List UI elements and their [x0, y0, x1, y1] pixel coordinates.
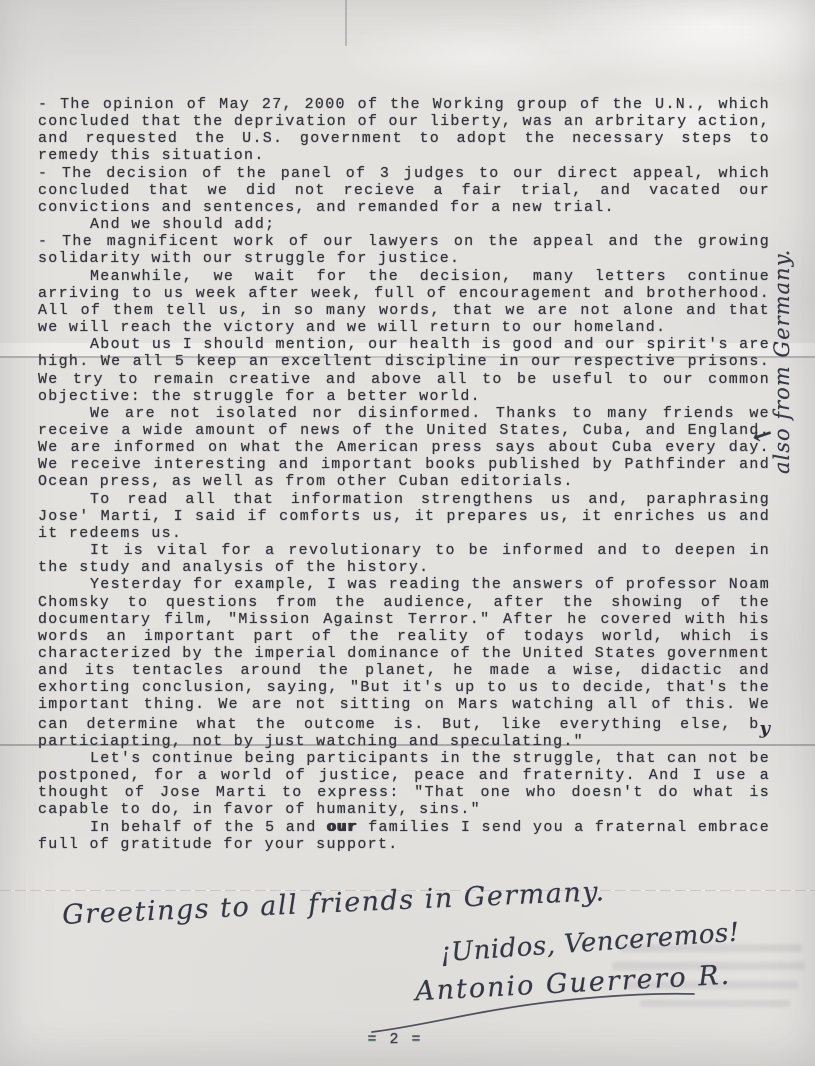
page-number: = 2 =: [0, 1031, 790, 1048]
paragraph-chomsky: Yesterday for example, I was reading the…: [38, 576, 770, 750]
scanned-letter-page: - The opinion of May 27, 2000 of the Wor…: [0, 0, 815, 1066]
paragraph-meanwhile: Meanwhile, we wait for the decision, man…: [38, 268, 770, 337]
paragraph-we-should-add: And we should add;: [38, 216, 770, 233]
handwritten-greeting: Greetings to all friends in Germany.: [62, 876, 607, 931]
paragraph-text: In behalf of the 5 and: [90, 819, 327, 836]
paragraph-marti-quote: Let's continue being participants in the…: [38, 750, 770, 819]
paragraph-not-isolated: We are not isolated nor disinformed. Tha…: [38, 405, 770, 491]
paragraph-to-read: To read all that information strengthens…: [38, 491, 770, 542]
paragraph-text: Yesterday for example, I was reading the…: [38, 576, 770, 732]
overtyped-word: our: [327, 819, 358, 836]
paragraph-about-us: About us I should mention, our health is…: [38, 336, 770, 405]
paragraph-panel-decision: - The decision of the panel of 3 judges …: [38, 165, 770, 216]
handwritten-correction-y: y: [760, 718, 770, 739]
paragraph-text: particiapting, not by just watching and …: [38, 733, 584, 750]
paragraph-closing: In behalf of the 5 and our families I se…: [38, 819, 770, 853]
signature-flourish-stroke: [368, 990, 698, 1035]
crease-line: [345, 0, 347, 46]
paragraph-vital: It is vital for a revolutionary to be in…: [38, 542, 770, 576]
paragraph-un-opinion: - The opinion of May 27, 2000 of the Wor…: [38, 96, 770, 165]
letter-body: - The opinion of May 27, 2000 of the Wor…: [38, 96, 770, 853]
paragraph-lawyers-work: - The magnificent work of our lawyers on…: [38, 233, 770, 267]
